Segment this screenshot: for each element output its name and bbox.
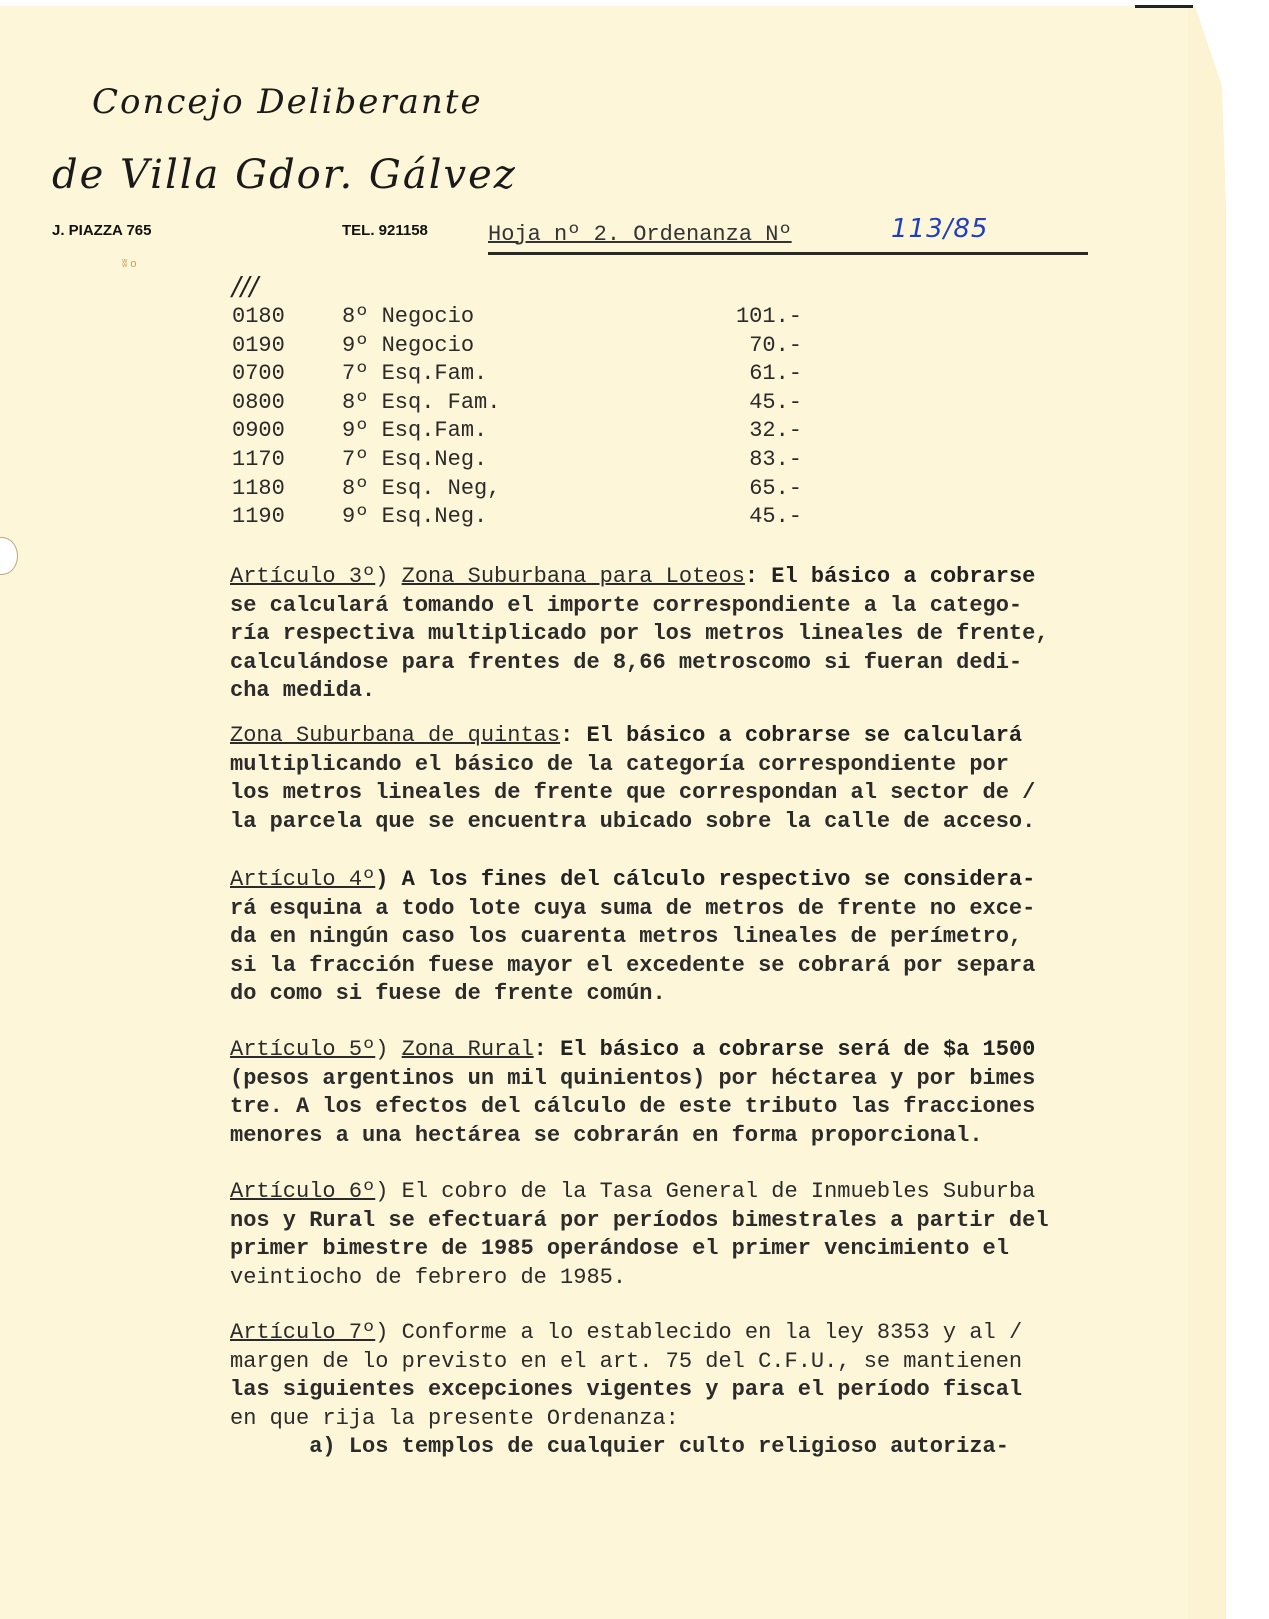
article-heading: Artículo 5º — [230, 1037, 375, 1062]
article-text: calculándose para frentes de 8,66 metros… — [230, 649, 1160, 678]
article-text: ) El cobro de la Tasa General de Inmuebl… — [375, 1179, 1035, 1204]
sheet-header: Hoja nº 2. Ordenanza Nº 113/85 — [488, 222, 1088, 255]
row-amount: 101.- — [722, 304, 802, 329]
row-amount: 45.- — [722, 390, 802, 415]
row-category: 8º Esq. Neg, — [342, 476, 500, 501]
article-text: cha medida. — [230, 677, 1160, 706]
row-category: 9º Esq.Fam. — [342, 418, 487, 443]
letterhead-address: J. PIAZZA 765 — [52, 222, 151, 239]
article-text: multiplicando el básico de la categoría … — [230, 751, 1160, 780]
article-text: la parcela que se encuentra ubicado sobr… — [230, 808, 1160, 837]
letterhead-subtitle: de Villa Gdor. Gálvez — [52, 152, 517, 198]
article-3: Artículo 3º) Zona Suburbana para Loteos:… — [230, 563, 1160, 706]
article-6: Artículo 6º) El cobro de la Tasa General… — [230, 1178, 1160, 1292]
article-text: veintiocho de febrero de 1985. — [230, 1264, 1160, 1293]
article-3-quintas: Zona Suburbana de quintas: El básico a c… — [230, 722, 1160, 836]
letterhead-title: Concejo Deliberante — [92, 82, 483, 122]
continuation-mark: /// — [232, 272, 258, 302]
row-amount: 45.- — [722, 504, 802, 529]
row-code: 0700 — [232, 361, 285, 386]
row-code: 0800 — [232, 390, 285, 415]
article-text: en que rija la presente Ordenanza: — [230, 1405, 1160, 1434]
article-text: da en ningún caso los cuarenta metros li… — [230, 923, 1160, 952]
scan-edge-mark — [1135, 5, 1193, 8]
row-amount: 70.- — [722, 333, 802, 358]
article-text: tre. A los efectos del cálculo de este t… — [230, 1093, 1160, 1122]
article-text: primer bimestre de 1985 operándose el pr… — [230, 1235, 1160, 1264]
article-text: : El básico a cobrarse se calculará — [560, 723, 1022, 748]
article-text: nos y Rural se efectuará por períodos bi… — [230, 1207, 1160, 1236]
article-text: : El básico a cobrarse será de $a 1500 — [534, 1037, 1036, 1062]
article-heading: Artículo 6º — [230, 1179, 375, 1204]
row-amount: 32.- — [722, 418, 802, 443]
row-code: 1190 — [232, 504, 285, 529]
row-category: 7º Esq.Neg. — [342, 447, 487, 472]
article-5: Artículo 5º) Zona Rural: El básico a cob… — [230, 1036, 1160, 1150]
row-category: 8º Esq. Fam. — [342, 390, 500, 415]
article-4: Artículo 4º) A los fines del cálculo res… — [230, 866, 1160, 1009]
article-heading: Artículo 7º — [230, 1320, 375, 1345]
article-heading: Artículo 3º — [230, 564, 375, 589]
sheet-label: Hoja nº 2. Ordenanza Nº — [488, 222, 792, 247]
article-text: do como si fuese de frente común. — [230, 980, 1160, 1009]
article-subheading: Zona Suburbana para Loteos — [402, 564, 745, 589]
article-subheading: Zona Rural — [402, 1037, 534, 1062]
article-text: los metros lineales de frente que corres… — [230, 779, 1160, 808]
article-text: margen de lo previsto en el art. 75 del … — [230, 1348, 1160, 1377]
row-code: 1170 — [232, 447, 285, 472]
article-text: si la fracción fuese mayor el excedente … — [230, 952, 1160, 981]
article-text: ría respectiva multiplicado por los metr… — [230, 620, 1160, 649]
row-amount: 61.- — [722, 361, 802, 386]
article-text: rá esquina a todo lote cuya suma de metr… — [230, 895, 1160, 924]
row-amount: 83.- — [722, 447, 802, 472]
article-7: Artículo 7º) Conforme a lo establecido e… — [230, 1319, 1160, 1462]
row-category: 8º Negocio — [342, 304, 474, 329]
article-text: ) A los fines del cálculo respectivo se … — [375, 867, 1035, 892]
row-category: 7º Esq.Fam. — [342, 361, 487, 386]
ink-smudge: ʬ o — [122, 258, 137, 270]
article-text: se calculará tomando el importe correspo… — [230, 592, 1160, 621]
article-text: ) Conforme a lo establecido en la ley 83… — [375, 1320, 1022, 1345]
row-code: 1180 — [232, 476, 285, 501]
article-heading: Artículo 4º — [230, 867, 375, 892]
row-code: 0900 — [232, 418, 285, 443]
article-text: (pesos argentinos un mil quinientos) por… — [230, 1065, 1160, 1094]
row-code: 0180 — [232, 304, 285, 329]
article-text: las siguientes excepciones vigentes y pa… — [230, 1376, 1160, 1405]
article-text: a) Los templos de cualquier culto religi… — [230, 1433, 1160, 1462]
handwritten-ordinance-number: 113/85 — [891, 214, 988, 244]
row-code: 0190 — [232, 333, 285, 358]
row-amount: 65.- — [722, 476, 802, 501]
letterhead-phone: TEL. 921158 — [342, 222, 428, 239]
row-category: 9º Negocio — [342, 333, 474, 358]
article-text: menores a una hectárea se cobrarán en fo… — [230, 1122, 1160, 1151]
row-category: 9º Esq.Neg. — [342, 504, 487, 529]
article-text: : El básico a cobrarse — [745, 564, 1035, 589]
article-subheading: Zona Suburbana de quintas — [230, 723, 560, 748]
